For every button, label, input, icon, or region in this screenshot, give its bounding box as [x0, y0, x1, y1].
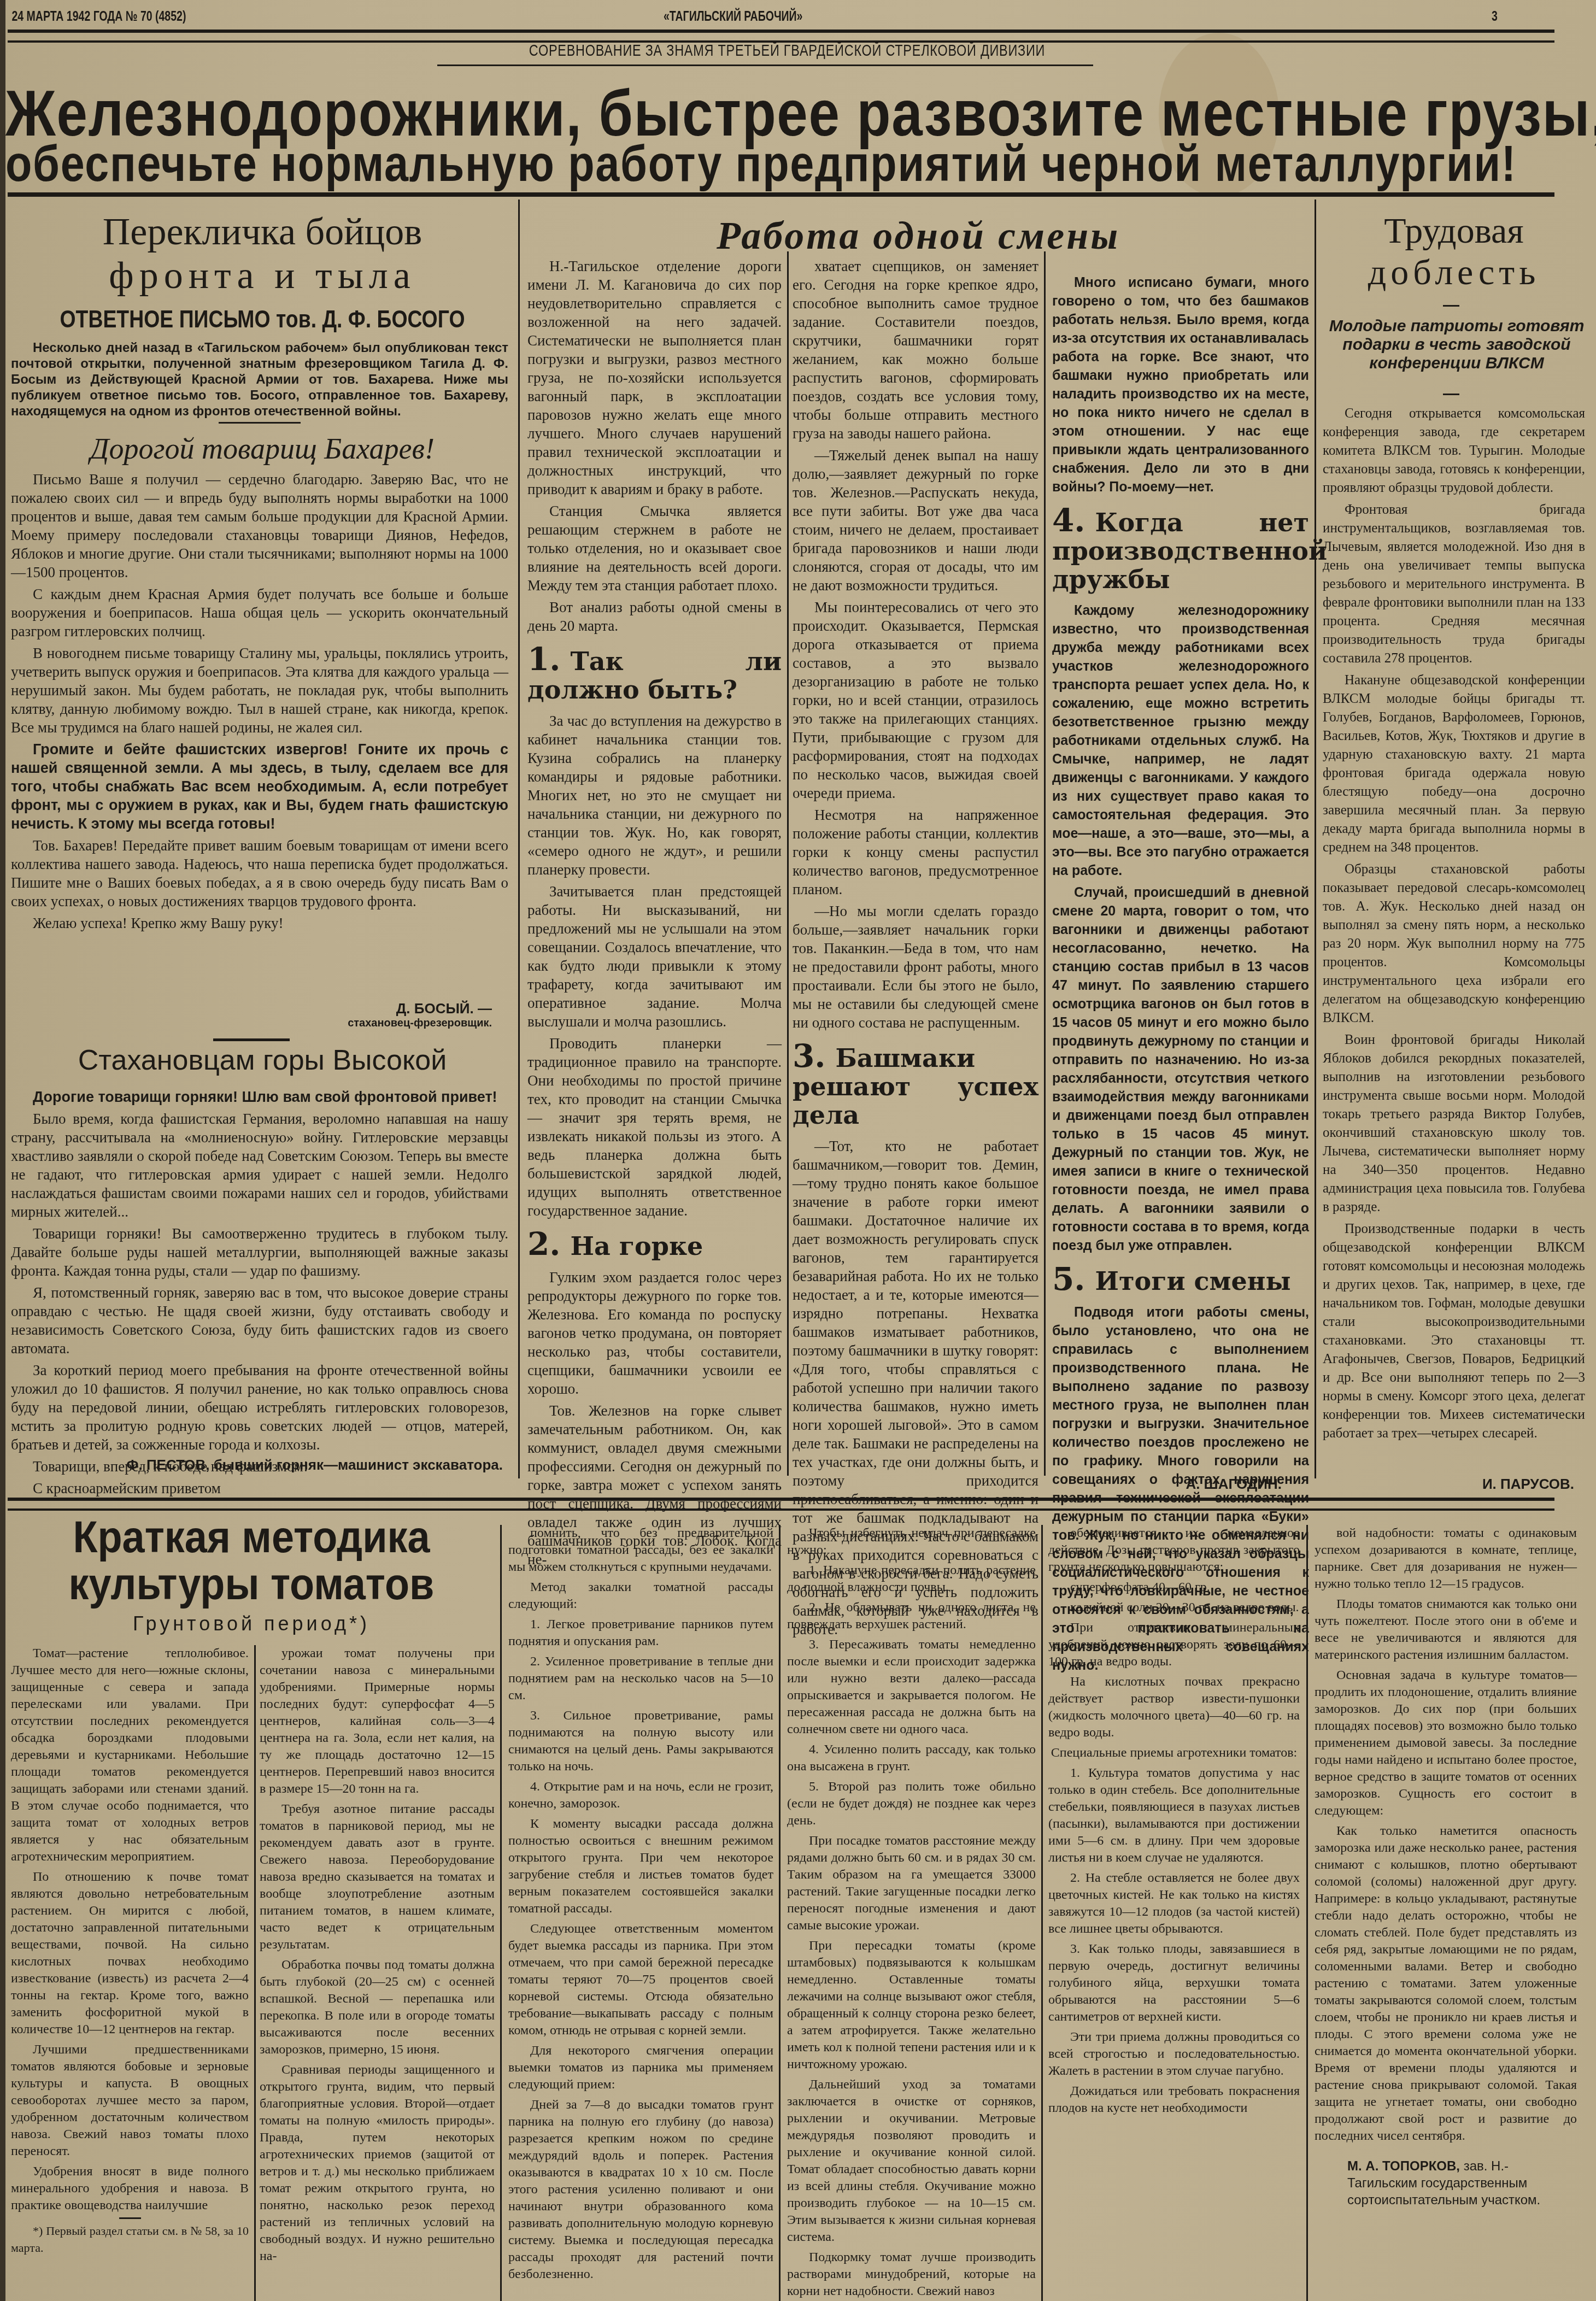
section3-heading: 3.Башмаки решают успех дела — [793, 1042, 1038, 1129]
section4-heading: 4.Когда нет производственной дружбы — [1052, 506, 1309, 594]
paragraph: Тов. Бахарев! Передайте привет вашим бое… — [11, 836, 508, 911]
section-number: 4. — [1052, 502, 1085, 539]
column-rule — [1041, 1525, 1043, 2301]
paragraph: Несмотря на напряженное положение работы… — [793, 806, 1038, 899]
center-col3: Много исписано бумаги, много говорено о … — [1052, 273, 1309, 1678]
paragraph: При посадке томатов расстояние между ряд… — [787, 1833, 1036, 1934]
paragraph: Воин фронтовой бригады Николай Яблоков д… — [1323, 1031, 1585, 1217]
paragraph: Н.-Тагильское отделение дороги имени Л. … — [527, 257, 782, 498]
paragraph: Обработка почвы под томаты должна быть г… — [260, 1957, 495, 2058]
section-number: 2. — [527, 1225, 561, 1263]
paragraph: Громите и бейте фашистских извергов! Гон… — [11, 740, 508, 833]
paragraph: Плоды томатов снимаются как только они ч… — [1315, 1596, 1577, 1664]
paragraph: Основная задача в культуре томатов—продл… — [1315, 1667, 1577, 1819]
section-title: Так ли должно быть? — [527, 647, 782, 705]
signature-pestov: Ф. ПЕСТОВ, бывший горняк—машинист экскав… — [11, 1457, 503, 1474]
center-article-title: Работа одной смены — [522, 213, 1315, 259]
paragraph: Я, потомственный горняк, заверяю вас в т… — [11, 1283, 508, 1358]
tomato-col2: урожаи томат получены при сочетании наво… — [260, 1645, 495, 2268]
headline-rule — [8, 192, 1554, 197]
signature-parusov: И. ПАРУСОВ. — [1323, 1476, 1574, 1493]
paragraph: Мы поинтересовались от чего это происход… — [793, 598, 1038, 802]
column-rule — [500, 1525, 502, 2301]
paragraph: 2. На стебле оставляется не более двух ц… — [1048, 1870, 1300, 1938]
masthead: 24 МАРТА 1942 ГОДА № 70 (4852) «ТАГИЛЬСК… — [8, 4, 1164, 26]
newspaper-page: 24 МАРТА 1942 ГОДА № 70 (4852) «ТАГИЛЬСК… — [0, 0, 1596, 2301]
paragraph: Товарищи горняки! Вы самоотверженно труд… — [11, 1224, 508, 1280]
paragraph: 5. Второй раз полить тоже обильно (если … — [787, 1778, 1036, 1829]
section-number: 3. — [793, 1037, 826, 1075]
paragraph: Лучшими предшественниками томатов являют… — [11, 2041, 249, 2160]
section-number: 5. — [1052, 1260, 1085, 1298]
page-number: 3 — [1492, 8, 1498, 25]
binding-edge — [0, 0, 5, 2301]
tomato-col5: обеспечивается их немедленное действие. … — [1048, 1525, 1300, 2120]
paragraph: Зачитывается план предстоящей работы. Ни… — [527, 882, 782, 1031]
paragraph: Каждому железнодорожнику известно, что п… — [1052, 601, 1309, 880]
main-headline-line2: обеспечьте нормальную работу предприятий… — [5, 136, 1336, 193]
right-article-title: Трудовая доблесть — [1320, 210, 1588, 294]
issue-date: 24 МАРТА 1942 ГОДА № 70 (4852) — [12, 8, 186, 25]
signature-name: Д. БОСЫЙ. — — [273, 1000, 492, 1017]
paragraph: Много исписано бумаги, много говорено о … — [1052, 273, 1309, 496]
left-article-lead: Несколько дней назад в «Тагильском рабоч… — [11, 340, 508, 422]
paragraph: Дальнейший уход за томатами заключается … — [787, 2076, 1036, 2246]
paragraph: С красноармейским приветом — [11, 1479, 508, 1498]
paragraph: Проводить планерки — традиционное правил… — [527, 1034, 782, 1220]
signature-role: стахановец-фрезеровщик. — [273, 1017, 492, 1030]
paragraph: Дожидаться или требовать покраснения пло… — [1048, 2083, 1300, 2117]
paragraph: Требуя азотное питание рассады томатов в… — [260, 1801, 495, 1953]
tomato-article-title: Краткая методика культуры томатов — [35, 1514, 468, 1608]
section-title: Башмаки решают успех дела — [793, 1043, 1038, 1130]
paragraph: Было время, когда фашистская Германия, в… — [11, 1110, 508, 1221]
column-rule — [779, 1525, 781, 2301]
rubric-line2: фронта и тыла — [11, 254, 514, 298]
tomato-col3: помнить, что без предварительной подгото… — [508, 1525, 773, 2286]
paragraph: 1. Культура томатов допустима у нас толь… — [1048, 1765, 1300, 1866]
paragraph: За час до вступления на дежурство в каби… — [527, 712, 782, 879]
paragraph: обеспечивается их немедленное действие. … — [1048, 1525, 1300, 1576]
paragraph: При отсутствии минеральных удобрений мож… — [1048, 1619, 1300, 1670]
paragraph: Производственные подарки в честь общезав… — [1323, 1220, 1585, 1443]
column-rule — [1044, 251, 1046, 1476]
paragraph: На кислотных почвах прекрасно действует … — [1048, 1674, 1300, 1741]
paragraph: Эти три приема должны проводиться со все… — [1048, 2029, 1300, 2080]
signature-name: М. А. ТОПОРКОВ, — [1347, 2159, 1460, 2174]
left-article-title: ОТВЕТНОЕ ПИСЬМО тов. Д. Ф. БОСОГО — [49, 306, 476, 333]
paragraph: Вот анализ работы одной смены в день 20 … — [527, 598, 782, 635]
letter-greeting-title: Дорогой товарищ Бахарев! — [11, 432, 514, 466]
section-title: На горке — [571, 1231, 703, 1261]
kicker: СОРЕВНОВАНИЕ ЗА ЗНАМЯ ТРЕТЬЕЙ ГВАРДЕЙСКО… — [510, 42, 1064, 60]
separator — [1443, 305, 1459, 307]
letter2-title: Стахановцам горы Высокой — [11, 1044, 514, 1077]
paragraph: урожаи томат получены при сочетании наво… — [260, 1645, 495, 1798]
paragraph: 4. Открытие рам и на ночь, если не грози… — [508, 1778, 773, 1812]
paragraph: Удобрения вносят в виде полного минераль… — [11, 2163, 249, 2214]
paragraph: помнить, что без предварительной подгото… — [508, 1525, 773, 1576]
letter2-body: Дорогие товарищи горняки! Шлю вам свой ф… — [11, 1088, 508, 1501]
signature-bosy: Д. БОСЫЙ. — стахановец-фрезеровщик. — [273, 1000, 492, 1030]
section1-heading: 1.Так ли должно быть? — [527, 645, 782, 704]
paragraph: По отношению к почве томат являются дово… — [11, 1869, 249, 2038]
paragraph: К моменту высадки рассада должна полност… — [508, 1816, 773, 1917]
tomato-article-subtitle: Грунтовой период*) — [11, 1612, 492, 1635]
left-rubric: Перекличка бойцов фронта и тыла — [11, 210, 514, 298]
title-line2: культуры томатов — [35, 1561, 468, 1608]
paragraph: Как только наметится опасность заморозка… — [1315, 1823, 1577, 2145]
paragraph: Письмо Ваше я получил — сердечно благода… — [11, 470, 508, 582]
paragraph: Томат—растение теплолюбивое. Лучшее мест… — [11, 1645, 249, 1865]
title-line1: Трудовая — [1320, 210, 1588, 252]
paragraph: Сравнивая периоды защищенного и открытог… — [260, 2062, 495, 2265]
paragraph: Метод закалки томатной рассады следующий… — [508, 1579, 773, 1613]
signature-toporkov: М. А. ТОПОРКОВ, зав. Н.-Тагильским госуд… — [1347, 2158, 1577, 2209]
column-rule — [1306, 1525, 1308, 2301]
section2-heading: 2.На горке — [527, 1230, 782, 1260]
separator — [213, 1038, 290, 1041]
paragraph: Гулким эхом раздается голос через репрод… — [527, 1268, 782, 1398]
paragraph: В новогоднем письме товарищу Сталину мы,… — [11, 644, 508, 737]
footnote: *) Первый раздел статьи см. в № 58, за 1… — [11, 2222, 249, 2256]
column-rule — [254, 1645, 256, 2301]
paragraph: Желаю успеха! Крепко жму Вашу руку! — [11, 914, 508, 932]
left-letter-body: Письмо Ваше я получил — сердечно благода… — [11, 470, 508, 936]
paragraph: Станция Смычка является решающим стержне… — [527, 502, 782, 595]
lead-text: Несколько дней назад в «Тагильском рабоч… — [11, 340, 508, 419]
rubric-line1: Перекличка бойцов — [11, 210, 514, 254]
masthead-rule — [8, 30, 1554, 43]
paragraph: Чтобы избегнуть неудач при пересадке нуж… — [787, 1525, 1036, 1559]
kicker-rule — [437, 64, 1093, 66]
paragraph: 1. Накануне пересадки полить растение до… — [787, 1562, 1036, 1596]
tomato-col1: Томат—растение теплолюбивое. Лучшее мест… — [11, 1645, 249, 2259]
signature-shagodin: А. ШАГОДИН. — [1052, 1476, 1282, 1493]
column-rule — [518, 199, 520, 1478]
center-col1: Н.-Тагильское отделение дороги имени Л. … — [527, 257, 782, 1572]
title-line1: Краткая методика — [35, 1514, 468, 1561]
section-title: Итоги смены — [1095, 1266, 1291, 1296]
greeting: Дорогие товарищи горняки! Шлю вам свой ф… — [11, 1088, 508, 1106]
paragraph: 3. Как только плоды, завязавшиеся в перв… — [1048, 1941, 1300, 2026]
separator — [219, 422, 301, 424]
title-line2: доблесть — [1320, 252, 1588, 294]
paragraph: Для некоторого смягчения операции выемки… — [508, 2042, 773, 2093]
paragraph: —Но мы могли сделать гораздо больше,—зая… — [793, 902, 1038, 1032]
paragraph: При пересадки томаты (кроме штамбовых) п… — [787, 1938, 1036, 2073]
paragraph: хватает сцепщиков, он заменяет его. Сего… — [793, 257, 1038, 443]
paragraph: 4. Усиленно полить рассаду, как только о… — [787, 1741, 1036, 1775]
paragraph: 2. Не обламывать ни одного листа, не пов… — [787, 1599, 1036, 1633]
section5-heading: 5.Итоги смены — [1052, 1265, 1309, 1295]
paragraph: Образцы стахановской работы показывает п… — [1323, 860, 1585, 1028]
paragraph: Следующее ответственным моментом будет в… — [508, 1921, 773, 2039]
paragraph: 3. Пересаживать томаты немедленно после … — [787, 1636, 1036, 1738]
paragraph: Накануне общезаводской конференции ВЛКСМ… — [1323, 671, 1585, 857]
paragraph: Фронтовая бригада инструментальщиков, во… — [1323, 501, 1585, 668]
paragraph: За короткий период моего пребывания на ф… — [11, 1361, 508, 1454]
separator — [1443, 394, 1459, 395]
paragraph: вой надобности: томаты с одинаковым успе… — [1315, 1525, 1577, 1593]
paper-name: «ТАГИЛЬСКИЙ РАБОЧИЙ» — [664, 8, 802, 25]
paragraph: суперфосфата 40—60 гр. — [1048, 1579, 1300, 1596]
tomato-col6: вой надобности: томаты с одинаковым успе… — [1315, 1525, 1577, 2209]
paragraph: Специальные приемы агротехники томатов: — [1048, 1745, 1300, 1762]
paragraph: 2. Усиленное проветривание в теплые дни … — [508, 1653, 773, 1704]
paragraph: Подкормку томат лучше производить раство… — [787, 2249, 1036, 2300]
right-article-body: Сегодня открывается комсомольская конфер… — [1323, 404, 1585, 1446]
right-article-subtitle: Молодые патриоты готовят подарки в честь… — [1328, 317, 1585, 373]
section-title: Когда нет производственной дружбы — [1052, 508, 1327, 594]
column-rule — [1315, 199, 1316, 1478]
paragraph: Случай, происшедший в дневной смене 20 м… — [1052, 883, 1309, 1255]
paragraph: С каждым днем Красная Армия будет получа… — [11, 585, 508, 641]
column-rule — [787, 251, 789, 1476]
tomato-col4: Чтобы избегнуть неудач при пересадке нуж… — [787, 1525, 1036, 2301]
paragraph: 3. Сильное проветривание, рамы поднимают… — [508, 1707, 773, 1775]
center-col2: хватает сцепщиков, он заменяет его. Сего… — [793, 257, 1038, 1642]
separator — [119, 2217, 141, 2219]
paragraph: —Тяжелый денек выпал на нашу долю,—заявл… — [793, 446, 1038, 595]
paragraph: Дней за 7—8 до высадки томатов грунт пар… — [508, 2097, 773, 2283]
section-number: 1. — [527, 641, 561, 678]
paragraph: 1. Легкое проветривание парников путем п… — [508, 1616, 773, 1650]
section-divider — [8, 1498, 1554, 1511]
paragraph: калийной соли 20—30 гр. на ведро воды. — [1048, 1599, 1300, 1616]
paragraph: Сегодня открывается комсомольская конфер… — [1323, 404, 1585, 497]
